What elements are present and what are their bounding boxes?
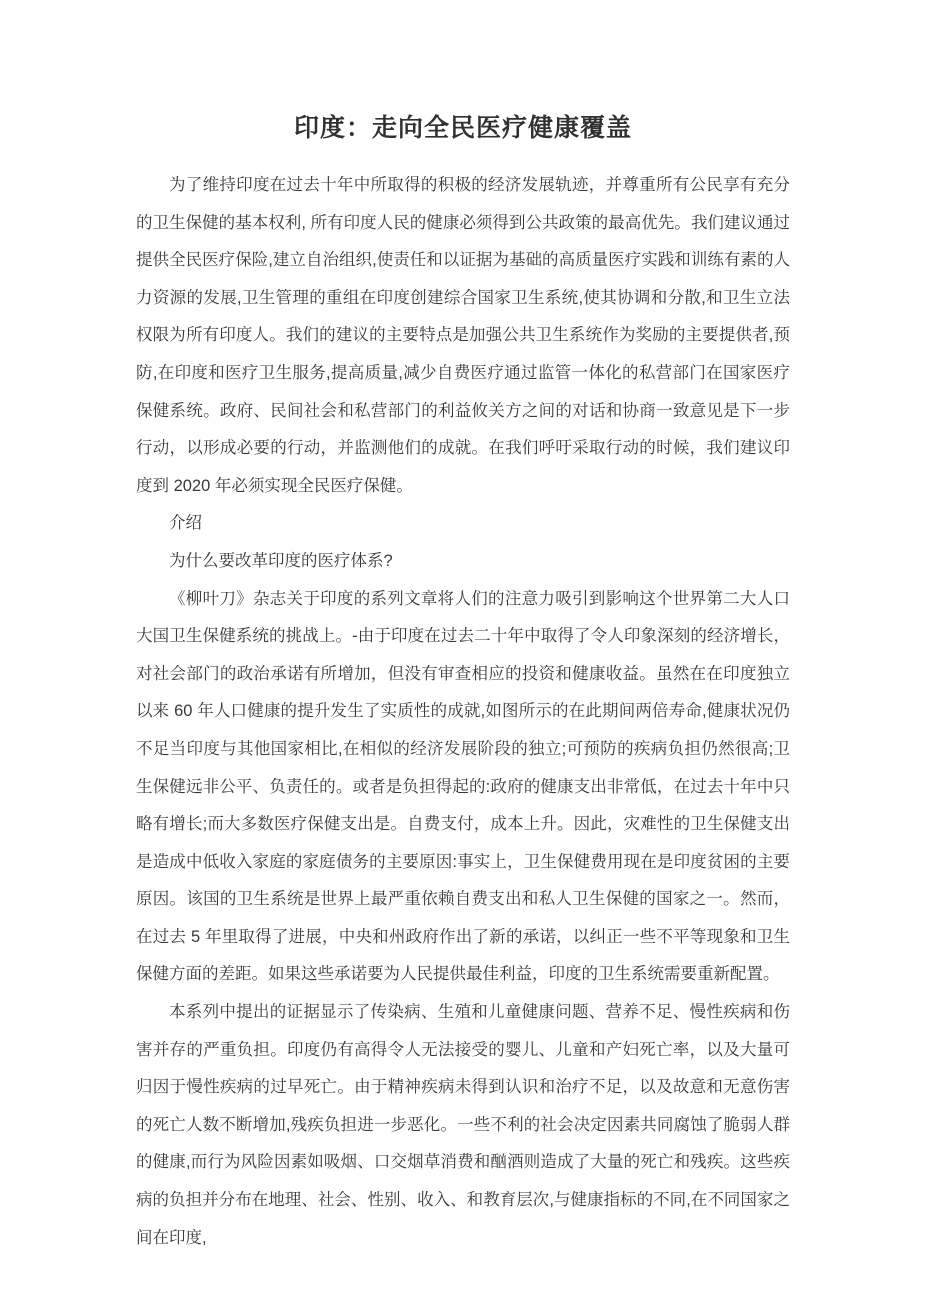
document-page: 印度：走向全民医疗健康覆盖 为了维持印度在过去十年中所取得的积极的经济发展轨迹，… — [0, 0, 925, 1308]
document-content: 印度：走向全民医疗健康覆盖 为了维持印度在过去十年中所取得的积极的经济发展轨迹，… — [0, 0, 925, 1257]
section-label-intro: 介绍 — [136, 505, 790, 543]
paragraph-disease-burden: 本系列中提出的证据显示了传染病、生殖和儿童健康问题、营养不足、慢性疾病和伤害并存… — [136, 994, 790, 1257]
document-title: 印度：走向全民医疗健康覆盖 — [136, 110, 790, 146]
paragraph-abstract: 为了维持印度在过去十年中所取得的积极的经济发展轨迹，并尊重所有公民享有充分的卫生… — [136, 167, 790, 505]
paragraph-introduction: 《柳叶刀》杂志关于印度的系列文章将人们的注意力吸引到影响这个世界第二大人口大国卫… — [136, 581, 790, 995]
paragraph-reform-question: 为什么要改革印度的医疗体系? — [136, 543, 790, 581]
